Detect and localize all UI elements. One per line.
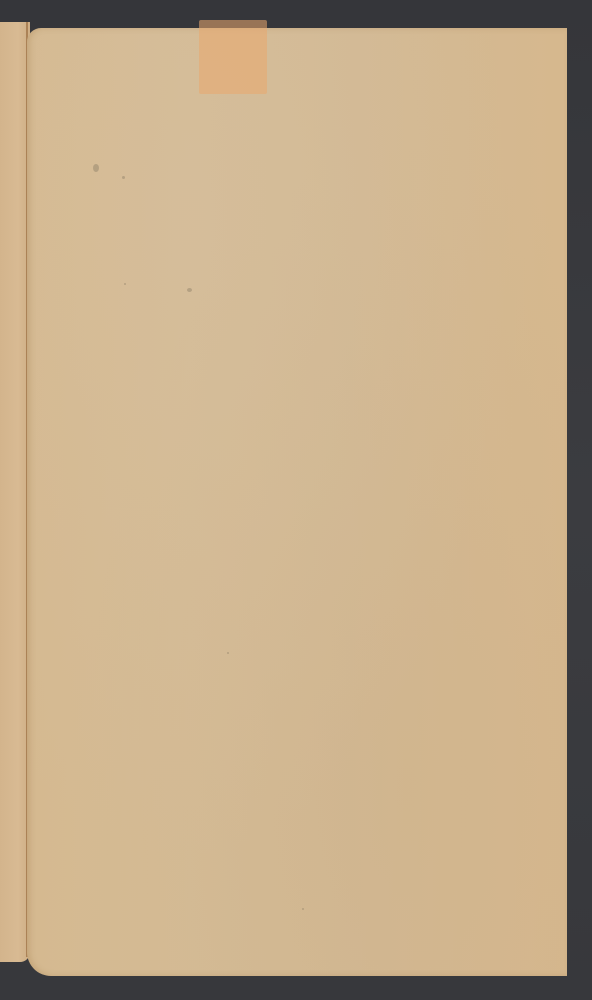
scanned-page-view bbox=[0, 0, 592, 1000]
library-stamp-mark bbox=[199, 20, 267, 94]
paper-speck bbox=[227, 652, 229, 654]
paper-speck bbox=[93, 164, 99, 172]
paper-speck bbox=[302, 908, 304, 910]
blank-page bbox=[27, 28, 567, 976]
paper-speck bbox=[124, 283, 126, 285]
paper-speck bbox=[122, 176, 125, 179]
paper-speck bbox=[187, 288, 192, 292]
